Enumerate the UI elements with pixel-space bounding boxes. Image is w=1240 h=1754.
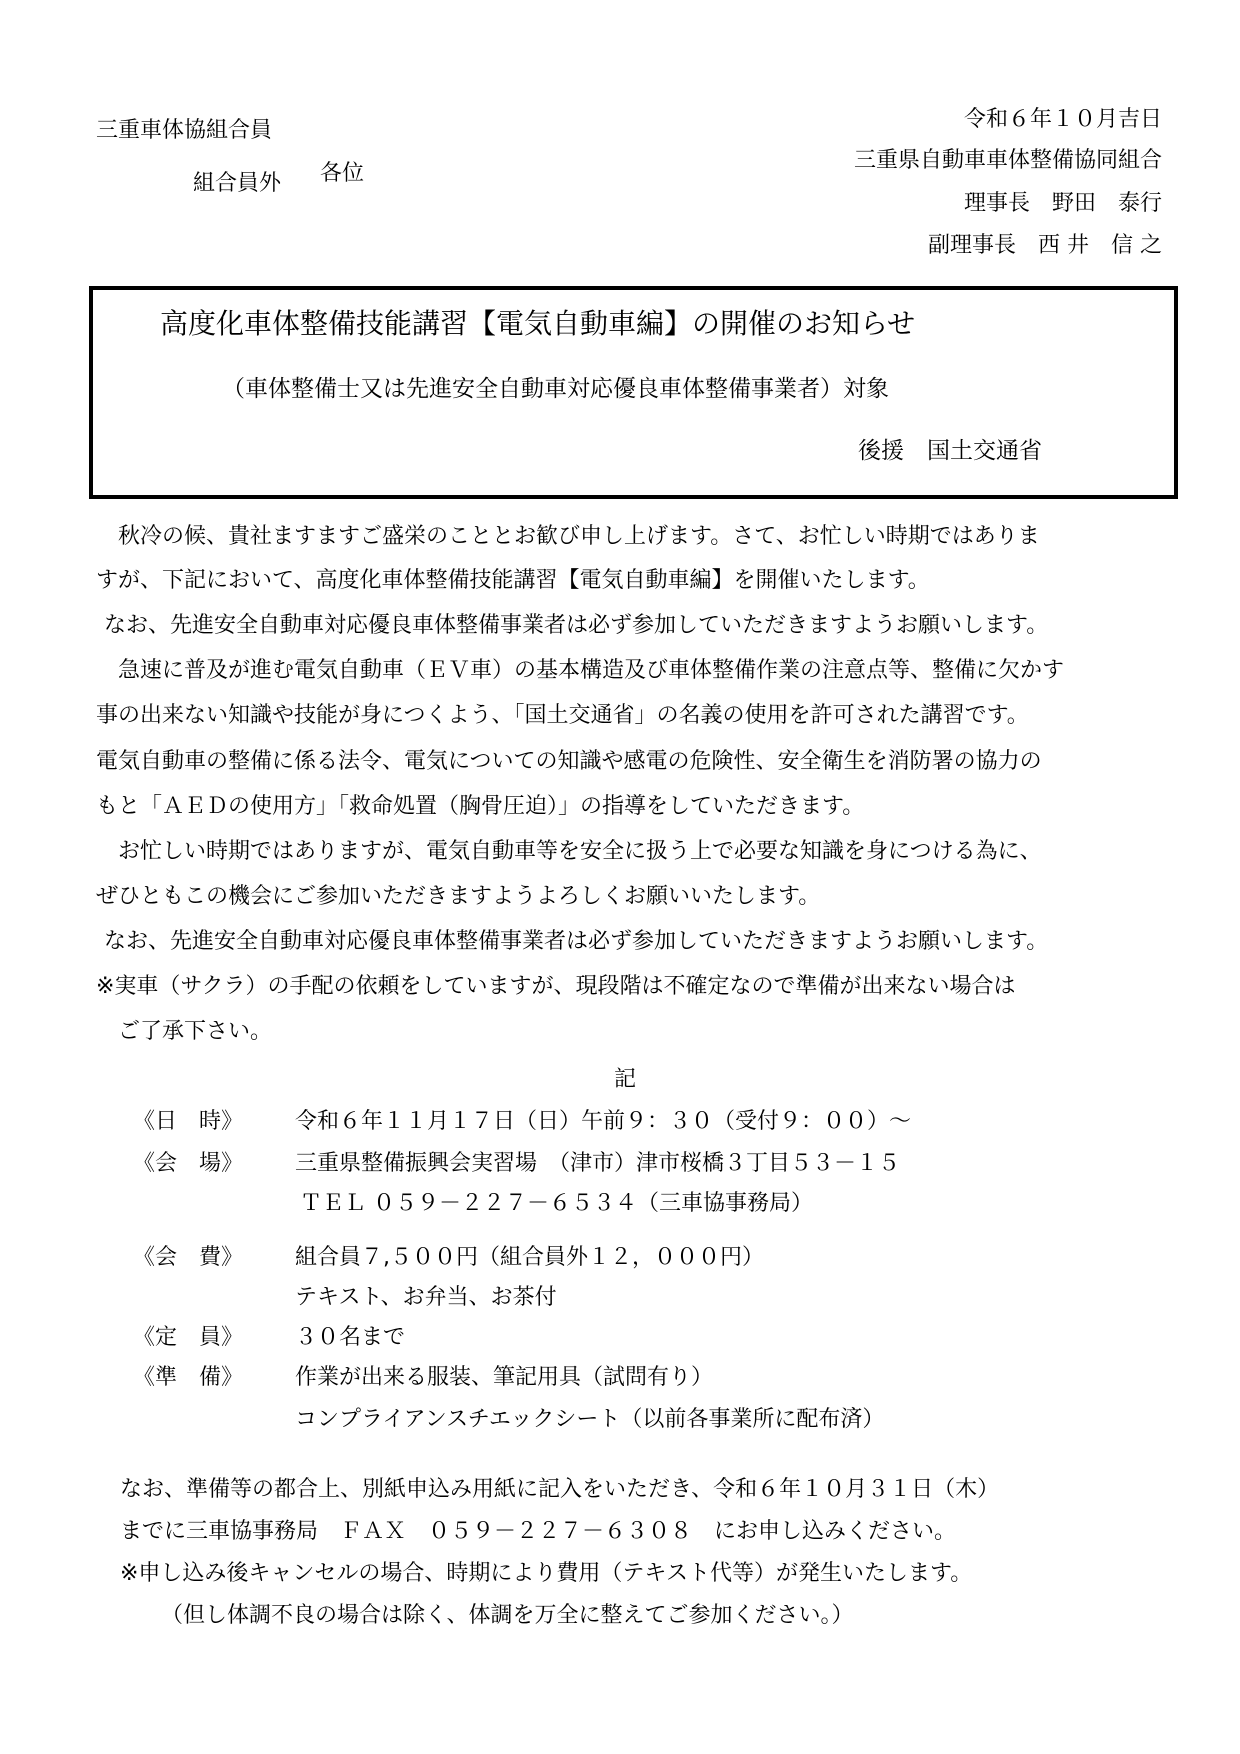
body-line: 急速に普及が進む電気自動車（ＥＶ車）の基本構造及び車体整備作業の注意点等、整備に… xyxy=(96,657,1064,685)
body-line: 電気自動車の整備に係る法令、電気についての知識や感電の危険性、安全衛生を消防署の… xyxy=(96,748,1042,776)
footer-line: （但し体調不良の場合は除く、体調を万全に整えてご参加ください。） xyxy=(150,1602,854,1630)
sender-vice-chairman: 副理事長 西 井 信 之 xyxy=(928,232,1162,260)
addressee-non-members: 組合員外 xyxy=(193,170,281,198)
body-line: なお、先進安全自動車対応優良車体整備事業者は必ず参加していただきますようお願いし… xyxy=(104,928,1048,956)
detail-value-fee: 組合員７,５００円（組合員外１２，０００円） xyxy=(295,1244,764,1272)
detail-value-preparation: 作業が出来る服装、筆記用具（試問有り） xyxy=(295,1364,713,1392)
footer-line: までに三車協事務局 ＦＡＸ ０５９－２２７－６３０８ にお申し込みください。 xyxy=(120,1518,956,1546)
document-title: 高度化車体整備技能講習【電気自動車編】の開催のお知らせ xyxy=(160,307,915,341)
target-audience: （車体整備士又は先進安全自動車対応優良車体整備事業者）対象 xyxy=(222,375,889,403)
detail-value-venue-tel: ＴＥＬ ０５９－２２７－６５３４（三車協事務局） xyxy=(300,1190,813,1218)
body-line: 事の出来ない知識や技能が身につくよう、「国土交通省」の名義の使用を許可された講習… xyxy=(96,702,1029,730)
body-line: すが、下記において、高度化車体整備技能講習【電気自動車編】を開催いたします。 xyxy=(96,567,930,595)
detail-label-capacity: 《定 員》 xyxy=(133,1324,243,1352)
body-line: ※実車（サクラ）の手配の依頼をしていますが、現段階は不確定なので準備が出来ない場… xyxy=(96,973,1016,1001)
detail-label-datetime: 《日 時》 xyxy=(133,1108,243,1136)
body-line: ご了承下さい。 xyxy=(96,1018,272,1046)
detail-label-preparation: 《準 備》 xyxy=(133,1364,243,1392)
detail-value-fee-includes: テキスト、お弁当、お茶付 xyxy=(295,1284,557,1312)
body-line: もと「ＡＥＤの使用方」「救命処置（胸骨圧迫）」の指導をしていただきます。 xyxy=(96,793,864,821)
detail-label-fee: 《会 費》 xyxy=(133,1244,243,1272)
detail-value-venue: 三重県整備振興会実習場 （津市）津市桜橋３丁目５３－１５ xyxy=(295,1150,900,1178)
detail-value-capacity: ３０名まで xyxy=(295,1324,405,1352)
sender-chairman: 理事長 野田 泰行 xyxy=(964,190,1162,218)
detail-label-venue: 《会 場》 xyxy=(133,1150,243,1178)
addressee-members: 三重車体協組合員 xyxy=(96,117,272,145)
body-line: ぜひともこの機会にご参加いただきますようよろしくお願いいたします。 xyxy=(96,883,820,911)
footer-line: ※申し込み後キャンセルの場合、時期により費用（テキスト代等）が発生いたします。 xyxy=(120,1560,972,1588)
issue-date: 令和６年１０月吉日 xyxy=(964,106,1162,134)
sponsor: 後援 国土交通省 xyxy=(858,437,1042,465)
body-line: 秋冷の候、貴社ますますご盛栄のこととお歓び申し上げます。さて、お忙しい時期ではあ… xyxy=(96,523,1040,551)
body-line: お忙しい時期ではありますが、電気自動車等を安全に扱う上で必要な知識を身につける為… xyxy=(96,838,1042,866)
details-heading: 記 xyxy=(614,1066,636,1094)
body-line: なお、先進安全自動車対応優良車体整備事業者は必ず参加していただきますようお願いし… xyxy=(104,612,1048,640)
sender-organization: 三重県自動車車体整備協同組合 xyxy=(854,147,1162,175)
detail-value-datetime: 令和６年１１月１７日（日）午前９：３０（受付９：００）～ xyxy=(295,1108,911,1136)
addressee-honorific: 各位 xyxy=(320,160,364,188)
detail-value-preparation-sheet: コンプライアンスチエックシート（以前各事業所に配布済） xyxy=(295,1406,884,1434)
footer-line: なお、準備等の都合上、別紙申込み用紙に記入をいただき、令和６年１０月３１日（木） xyxy=(120,1476,999,1504)
